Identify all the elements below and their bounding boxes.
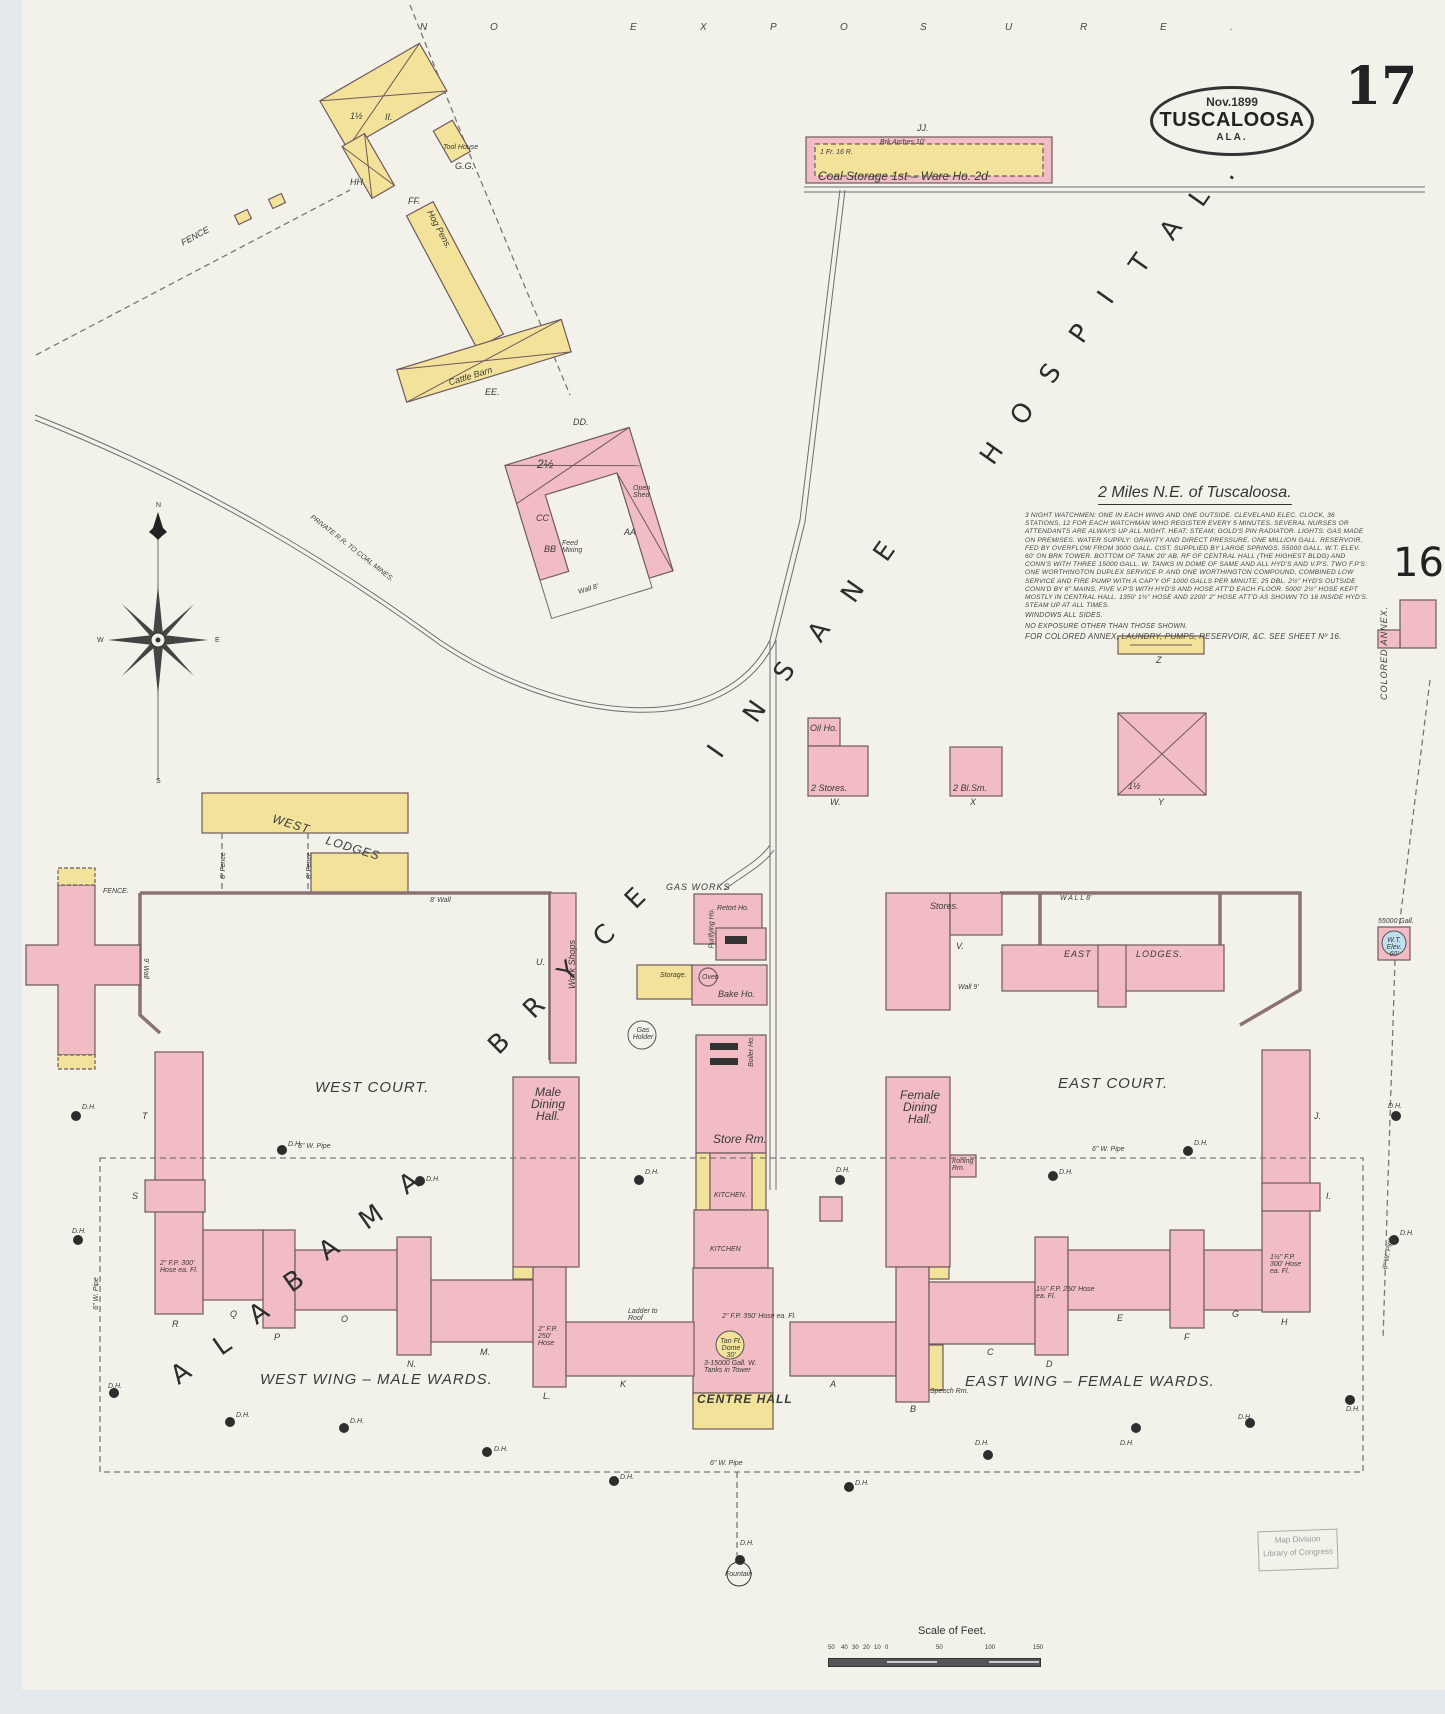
hydrant-label: D.H. [1400, 1230, 1414, 1237]
hydrant-label: D.H. [426, 1176, 440, 1183]
bake-house-label: Bake Ho. [718, 990, 755, 999]
building-u-label: U. [536, 958, 545, 967]
building-jj-top: Brk Arches 10' [880, 139, 925, 146]
ward-letter-n: N. [407, 1360, 416, 1369]
building-x-use: 2 Bl.Sm. [953, 784, 987, 793]
stores-label: Stores. [930, 902, 959, 911]
hydrant-label: D.H. [1194, 1140, 1208, 1147]
kitchen-label-2: KITCHEN [710, 1246, 741, 1253]
building-w-use: 2 Stores. [811, 784, 847, 793]
ward-letter-p: P [274, 1333, 280, 1342]
west-wing-ward-o [295, 1250, 397, 1310]
west-wing-label: WEST WING – MALE WARDS. [260, 1372, 493, 1387]
pipe-east-label: 6" W. Pipe [1092, 1146, 1125, 1153]
hydrant-label: D.H. [1346, 1406, 1360, 1413]
oven-label: Oven [702, 974, 719, 981]
exposure-letter: N [420, 22, 427, 33]
exposure-letter: X [700, 22, 707, 33]
hydrant-label: D.H. [108, 1383, 122, 1390]
small-fence-label: FENCE. [103, 888, 129, 895]
ward-letter-l: L. [543, 1392, 551, 1401]
ward-letter-t: T [142, 1112, 148, 1121]
exposure-letter: S [920, 22, 927, 33]
notes-paragraph: 3 Night Watchmen: One in each Wing and O… [1025, 512, 1370, 610]
scale-tick: 150 [1033, 1645, 1043, 1651]
scale-tick: 40 [841, 1645, 848, 1651]
north-wall-label: W A L L 8' [1060, 895, 1091, 902]
exposure-letter: E [630, 22, 637, 33]
adjacent-sheet-number: 16 [1393, 540, 1444, 586]
scale-tick: 10 [874, 1645, 881, 1651]
east-lodges-label-2: LODGES. [1136, 950, 1183, 959]
ladder-label: Ladder to Roof [628, 1308, 668, 1322]
fence-8b-label: 8' Fence [306, 852, 313, 879]
ward-letter-c: C [987, 1348, 994, 1357]
north-fence-line [36, 190, 350, 355]
building-storage [637, 965, 692, 999]
building-centre-hall [693, 1268, 773, 1393]
east-wing-ward-c [929, 1282, 1035, 1344]
city-name: TUSCALOOSA [1153, 109, 1311, 132]
exposure-letter: O [840, 22, 848, 33]
hydrant-label: D.H. [236, 1412, 250, 1419]
notes-see-sheet: For Colored Annex, Laundry, Pumps, Reser… [1025, 633, 1370, 641]
ward-letter-i: I. [1326, 1192, 1331, 1201]
speech-room-label: Speech Rm. [930, 1388, 969, 1395]
ironing-room-label: Ironing Rm. [952, 1158, 976, 1172]
building-y-label: Y [1158, 798, 1164, 807]
ward-letter-j: J. [1314, 1112, 1321, 1121]
ward-letter-m: M. [480, 1348, 490, 1357]
building-dd-story: 2½ [537, 458, 554, 470]
west-fp-label: 2" F.P. 300' Hose ea. Fl. [160, 1260, 205, 1274]
east-wing-ward-b [896, 1267, 929, 1402]
ward-letter-f: F [1184, 1333, 1190, 1342]
map-drawing: .b { fill:#f1bcc4; stroke:#6e5a5d; strok… [0, 0, 1445, 1714]
male-dining-hall-label: Male Dining Hall. [518, 1086, 578, 1122]
h-fp-label: 1½" F.P. 300' Hose ea. Fl. [1270, 1254, 1308, 1275]
hydrant-label: D.H. [855, 1480, 869, 1487]
purifying-house-label: Purifying Ho. [709, 908, 716, 948]
compass-n: N [156, 502, 161, 509]
hydrant-label: D.H. [72, 1228, 86, 1235]
building-hh-label: HH [350, 178, 363, 187]
notes-windows: Windows all sides. [1025, 612, 1370, 620]
small-shed-1 [235, 210, 252, 225]
tank-note-label: 3-15000 Gall. W. Tanks in Tower [704, 1360, 774, 1374]
hydrant-label: D.H. [494, 1446, 508, 1453]
fence-8-label: 8' Fence [220, 852, 227, 879]
stamp-line-2: Library of Congress [1259, 1547, 1337, 1559]
scale-title: Scale of Feet. [918, 1625, 986, 1637]
scale-tick: 100 [985, 1645, 995, 1651]
building-x-label: X [970, 798, 976, 807]
small-structure [820, 1197, 842, 1221]
building-gg [433, 120, 470, 162]
building-gg-use: Tool House [443, 144, 478, 151]
map-date: Nov.1899 [1153, 95, 1311, 109]
wall-9-label: 9' Wall [142, 958, 149, 979]
exposure-letter: R [1080, 22, 1087, 33]
hydrant-label: D.H. [836, 1167, 850, 1174]
compass-w: W [97, 637, 104, 644]
retort-house-label: Retort Ho. [717, 905, 749, 912]
hydrant-label: D.H. [620, 1474, 634, 1481]
hydrant-label: D.H. [288, 1141, 302, 1148]
store-room-label: Store Rm. [713, 1133, 767, 1145]
fountain-label: Fountain [725, 1571, 752, 1578]
d-fp-label: 1½" F.P. 250' Hose ea. Fl. [1036, 1286, 1096, 1300]
building-dd-label: DD. [573, 418, 589, 427]
scale-tick: 50 [936, 1645, 943, 1651]
l-fp-label: 2" F.P. 250' Hose [538, 1326, 568, 1347]
building-ff-hog-pens [407, 202, 504, 349]
ward-letter-g: G [1232, 1310, 1239, 1319]
building-jj-label: JJ. [917, 124, 929, 133]
compass-e: E [215, 637, 220, 644]
dome-label: Tan Ft. Dome 30' [720, 1338, 742, 1359]
colored-annex-building [1400, 600, 1436, 648]
east-lodges-label-1: EAST [1064, 950, 1092, 959]
exposure-letter: O [490, 22, 498, 33]
boiler-house-label: Boiler Ho. [748, 1036, 755, 1067]
water-tower-label: W.T. Elev. 60' [1385, 937, 1403, 958]
small-shed-2 [269, 194, 286, 209]
building-v-label: V. [956, 942, 964, 951]
building-w-oil-label: Oil Ho. [810, 724, 838, 733]
west-wing-ward-m [431, 1280, 533, 1342]
ward-letter-r: R [172, 1320, 179, 1329]
exposure-letter: . [1230, 22, 1233, 33]
building-ee-label: EE. [485, 388, 500, 397]
building-jj-inner: 1 Fr. 16 R. [820, 149, 853, 156]
west-wing-ward-n [397, 1237, 431, 1355]
building-ii-story: 1½ [350, 112, 363, 121]
east-wing-ward-a [790, 1322, 896, 1376]
east-wing-ward-g [1204, 1250, 1266, 1310]
building-jj-use: Coal Storage 1st – Ware Ho. 2d [818, 170, 988, 182]
exposure-letter: P [770, 22, 777, 33]
building-aa-use: Open Shed [633, 485, 655, 499]
pipe-west-label: 6" W. Pipe [298, 1143, 331, 1150]
building-bb-label: BB [544, 545, 556, 554]
kitchen-label-1: KITCHEN. [714, 1192, 747, 1199]
location-heading: 2 Miles N.E. of Tuscaloosa. [1098, 484, 1292, 505]
hydrant-label: D.H. [1059, 1169, 1073, 1176]
building-kitchen [694, 1210, 768, 1268]
west-court-label: WEST COURT. [315, 1080, 429, 1095]
building-aa-label: AA [624, 528, 636, 537]
building-west-lodges-south [311, 853, 408, 893]
compass-rose [108, 512, 208, 780]
east-wing-ward-f [1170, 1230, 1204, 1328]
scale-tick: 30 [852, 1645, 859, 1651]
building-ii-label: II. [385, 113, 393, 122]
ward-letter-h: H [1281, 1318, 1288, 1327]
scale-tick: 50 [828, 1645, 835, 1651]
ward-letter-d: D [1046, 1360, 1053, 1369]
hydrant-label: D.H. [740, 1540, 754, 1547]
hydrant-label: D.H. [1120, 1440, 1134, 1447]
building-cc-label: CC [536, 514, 549, 523]
exposure-letter: E [1160, 22, 1167, 33]
hydrant-label: D.H. [1388, 1103, 1402, 1110]
building-z-label: Z [1156, 656, 1162, 665]
colored-annex-label: COLORED ANNEX. [1380, 606, 1389, 700]
hydrant-label: D.H. [350, 1418, 364, 1425]
stamp-line-1: Map Division [1259, 1534, 1337, 1546]
hydrant-label: D.H. [975, 1440, 989, 1447]
east-wing-ward-i [1262, 1183, 1320, 1211]
hydrant-label: D.H. [1238, 1414, 1252, 1421]
notes-exposure: No Exposure other than those shown. [1025, 623, 1370, 631]
hydrant-label: D.H. [82, 1104, 96, 1111]
title-cartouche: Nov.1899 TUSCALOOSA ALA. [1150, 86, 1314, 156]
ward-letter-e: E [1117, 1314, 1123, 1323]
fire-protection-notes: 3 Night Watchmen: One in each Wing and O… [1025, 512, 1370, 641]
building-ff-label: FF. [408, 197, 420, 206]
building-w-label: W. [830, 798, 841, 807]
gas-works-label: GAS WORKS [666, 883, 731, 892]
state-name: ALA. [1153, 132, 1311, 143]
east-wing-ward-e [1068, 1250, 1170, 1310]
female-dining-hall-label: Female Dining Hall. [890, 1089, 950, 1125]
pipe-left-label: 6" W. Pipe [93, 1277, 100, 1310]
building-bb-use: Feed Mixing [562, 540, 592, 554]
centre-hall-label: CENTRE HALL [697, 1393, 793, 1405]
library-stamp: Map Division Library of Congress [1257, 1529, 1338, 1572]
pipe-south-label: 6" W. Pipe [710, 1460, 743, 1467]
centre-fp-label: 2" F.P. 350' Hose ea. Fl. [722, 1313, 796, 1320]
east-wing-label: EAST WING – FEMALE WARDS. [965, 1374, 1215, 1389]
work-shops-label: Work Shops [568, 940, 577, 989]
ward-letter-a: A [830, 1380, 836, 1389]
wall-8-label: 8' Wall [430, 897, 451, 904]
building-gg-label: G.G. [455, 162, 474, 171]
wall-9b-label: Wall 9' [958, 984, 979, 991]
ward-letter-b: B [910, 1405, 916, 1414]
scale-tick: 20 [863, 1645, 870, 1651]
west-wing-ward-s [145, 1180, 205, 1212]
ward-letter-o: O [341, 1315, 348, 1324]
scale-tick: 0 [885, 1645, 888, 1651]
ward-letter-k: K [620, 1380, 626, 1389]
compass-s: S [156, 778, 161, 785]
hydrant-label: D.H. [645, 1169, 659, 1176]
gas-holder-label: Gas Holder [630, 1027, 656, 1041]
east-court-label: EAST COURT. [1058, 1076, 1168, 1091]
west-wing-ward-k [566, 1322, 694, 1376]
water-tower-capacity: 55000 Gall. [1378, 918, 1414, 925]
building-west-cross [26, 885, 140, 1055]
ward-letter-s: S [132, 1192, 138, 1201]
exposure-letter: U [1005, 22, 1012, 33]
sheet-number: 17 [1345, 56, 1417, 117]
storage-label: Storage. [660, 972, 686, 979]
building-y-story: 1½ [1128, 782, 1141, 791]
ward-letter-q: Q [230, 1310, 237, 1319]
